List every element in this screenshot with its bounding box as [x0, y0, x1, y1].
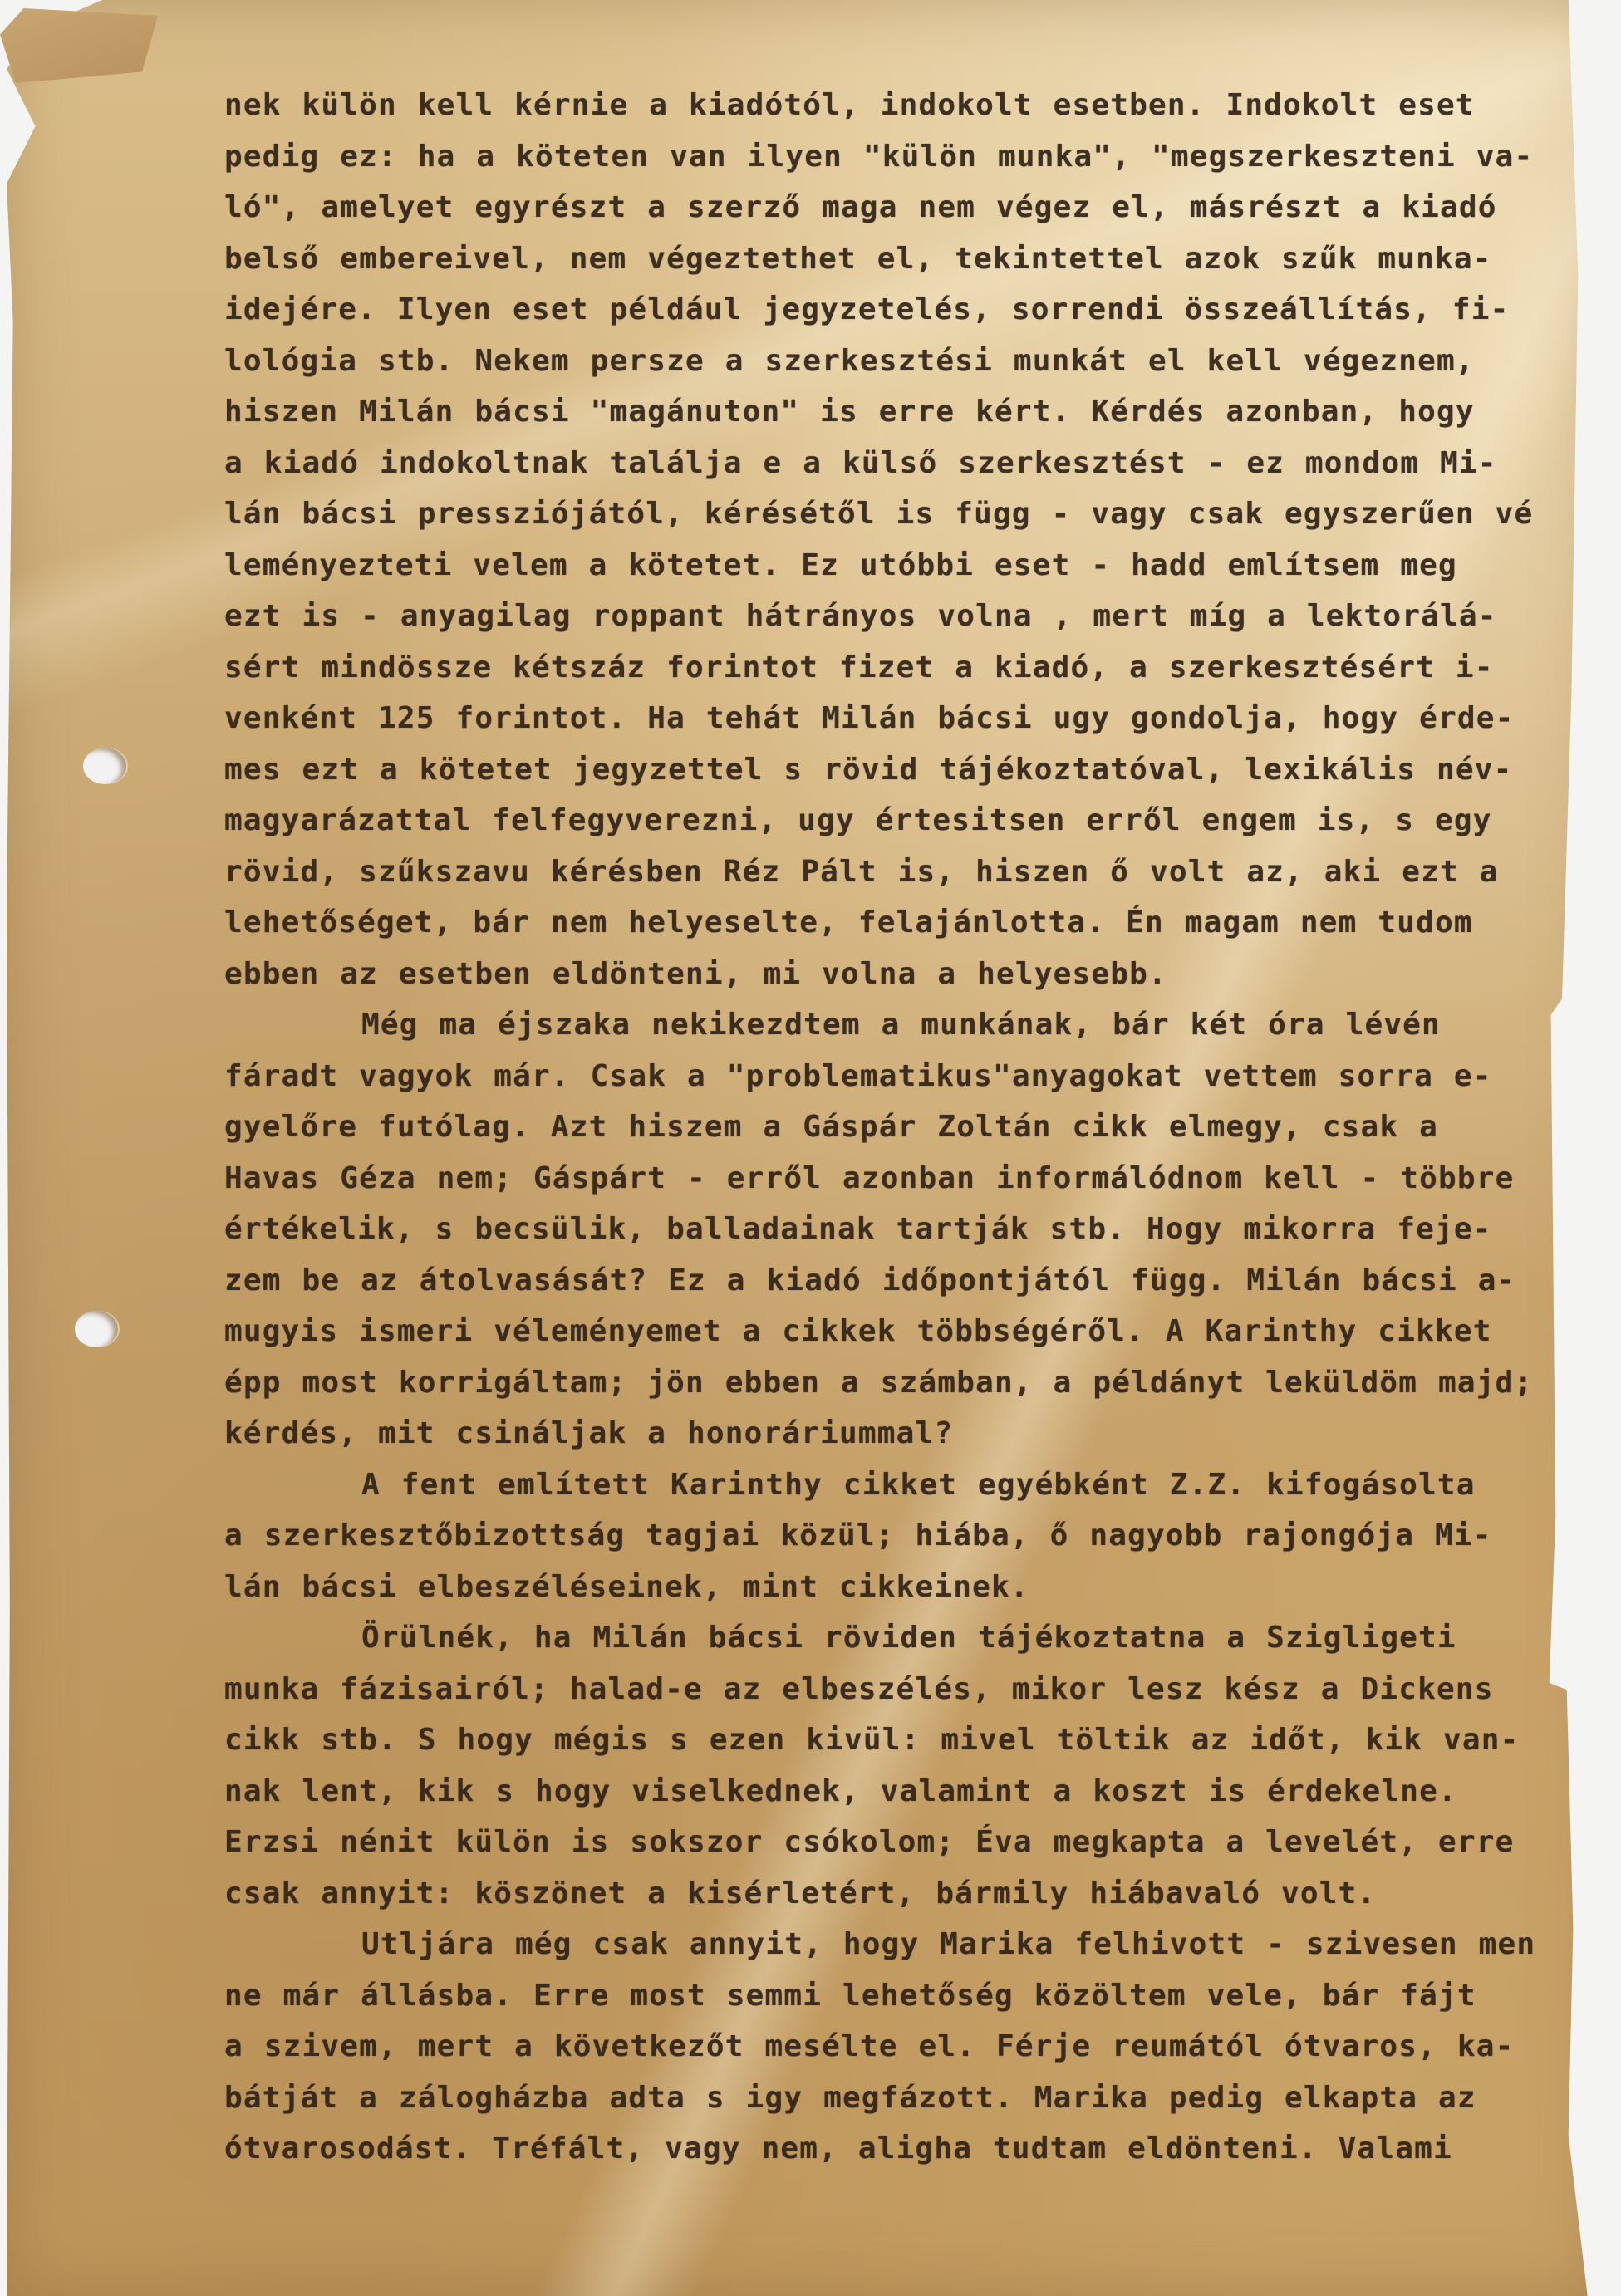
text-line: sért mindössze kétszáz forintot fizet a …	[224, 642, 1587, 694]
typewritten-body: nek külön kell kérnie a kiadótól, indoko…	[224, 80, 1587, 2175]
text-line: Erzsi nénit külön is sokszor csókolom; É…	[224, 1817, 1587, 1868]
text-line: nak lent, kik s hogy viselkednek, valami…	[224, 1766, 1587, 1818]
text-line: belső embereivel, nem végeztethet el, te…	[224, 233, 1587, 285]
text-line: bátját a zálogházba adta s igy megfázott…	[224, 2073, 1587, 2124]
text-line: ótvarosodást. Tréfált, vagy nem, aligha …	[224, 2123, 1587, 2175]
punch-hole-bottom	[75, 1311, 118, 1347]
text-line: a szerkesztőbizottság tagjai közül; hiáb…	[224, 1510, 1587, 1562]
text-line: ne már állásba. Erre most semmi lehetősé…	[224, 1970, 1587, 2022]
text-line: lán bácsi pressziójától, kérésétől is fü…	[224, 488, 1587, 540]
text-line: kérdés, mit csináljak a honoráriummal?	[224, 1408, 1587, 1460]
folded-corner	[0, 8, 158, 83]
text-line: mes ezt a kötetet jegyzettel s rövid táj…	[224, 744, 1587, 796]
text-line: cikk stb. S hogy mégis s ezen kivül: miv…	[224, 1715, 1587, 1766]
text-line: rövid, szűkszavu kérésben Réz Pált is, h…	[224, 846, 1587, 898]
punch-hole-top	[83, 748, 126, 784]
text-line: ló", amelyet egyrészt a szerző maga nem …	[224, 182, 1587, 233]
text-line: a kiadó indokoltnak találja e a külső sz…	[224, 438, 1587, 489]
text-line: idejére. Ilyen eset például jegyzetelés,…	[224, 284, 1587, 336]
text-line: pedig ez: ha a köteten van ilyen "külön …	[224, 131, 1587, 183]
text-line: zem be az átolvasását? Ez a kiadó időpon…	[224, 1255, 1587, 1307]
text-line: lán bácsi elbeszéléseinek, mint cikkeine…	[224, 1562, 1587, 1613]
text-line: értékelik, s becsülik, balladainak tartj…	[224, 1204, 1587, 1255]
text-line: leményezteti velem a kötetet. Ez utóbbi …	[224, 540, 1587, 591]
text-line: A fent említett Karinthy cikket egyébkén…	[224, 1460, 1587, 1511]
text-line: magyarázattal felfegyverezni, ugy értesi…	[224, 795, 1587, 846]
text-line: mugyis ismeri véleményemet a cikkek több…	[224, 1306, 1587, 1357]
text-line: nek külön kell kérnie a kiadótól, indoko…	[224, 80, 1587, 131]
text-line: Utljára még csak annyit, hogy Marika fel…	[224, 1919, 1587, 1970]
text-line: ezt is - anyagilag roppant hátrányos vol…	[224, 591, 1587, 642]
text-line: lehetőséget, bár nem helyeselte, felaján…	[224, 897, 1587, 949]
text-line: Örülnék, ha Milán bácsi röviden tájékozt…	[224, 1612, 1587, 1664]
text-line: munka fázisairól; halad-e az elbeszélés,…	[224, 1664, 1587, 1715]
text-line: a szivem, mert a következőt mesélte el. …	[224, 2021, 1587, 2073]
text-line: hiszen Milán bácsi "magánuton" is erre k…	[224, 386, 1587, 438]
text-line: épp most korrigáltam; jön ebben a számba…	[224, 1357, 1587, 1409]
text-line: csak annyit: köszönet a kisérletért, bár…	[224, 1868, 1587, 1920]
text-line: lológia stb. Nekem persze a szerkesztési…	[224, 336, 1587, 387]
text-line: Havas Géza nem; Gáspárt - erről azonban …	[224, 1153, 1587, 1204]
text-line: venként 125 forintot. Ha tehát Milán bác…	[224, 693, 1587, 744]
text-line: Még ma éjszaka nekikezdtem a munkának, b…	[224, 999, 1587, 1051]
text-line: gyelőre futólag. Azt hiszem a Gáspár Zol…	[224, 1101, 1587, 1153]
text-line: ebben az esetben eldönteni, mi volna a h…	[224, 949, 1587, 1000]
text-line: fáradt vagyok már. Csak a "problematikus…	[224, 1051, 1587, 1102]
